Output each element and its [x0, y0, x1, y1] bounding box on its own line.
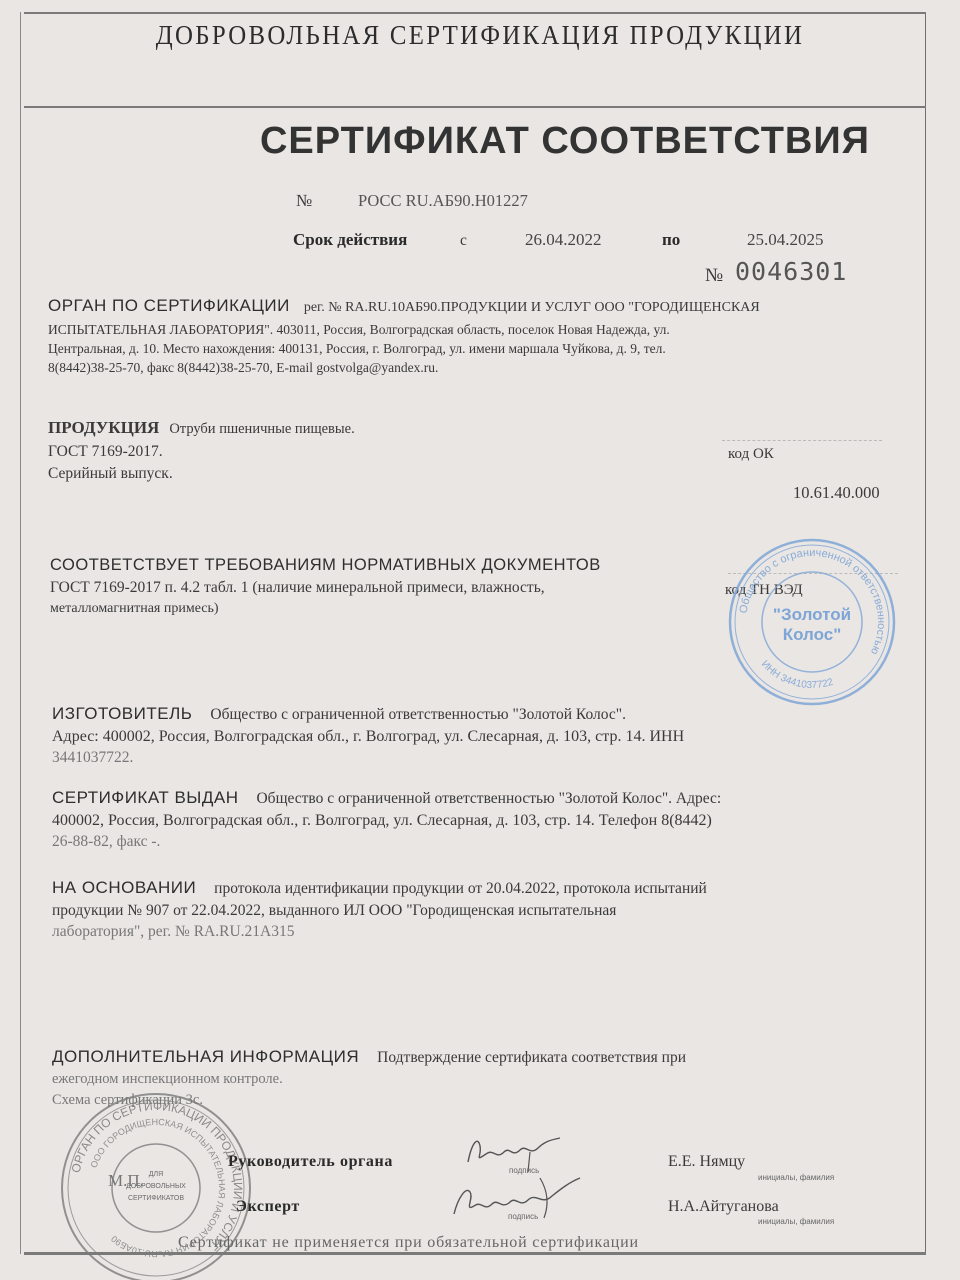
certificate-title: СЕРТИФИКАТ СООТВЕТСТВИЯ	[0, 120, 960, 163]
product-name: Отруби пшеничные пищевые.	[169, 421, 354, 437]
basis-line1: протокола идентификации продукции от 20.…	[214, 880, 707, 897]
issued-to-section: СЕРТИФИКАТ ВЫДАНОбщество с ограниченной …	[52, 787, 721, 853]
certification-body-line2: ИСПЫТАТЕЛЬНАЯ ЛАБОРАТОРИЯ". 403011, Росс…	[48, 320, 928, 339]
basis-label: НА ОСНОВАНИИ	[52, 878, 196, 897]
svg-text:"Золотой: "Золотой	[773, 605, 851, 624]
manufacturer-label: ИЗГОТОВИТЕЛЬ	[52, 704, 192, 723]
form-number: 0046301	[735, 257, 847, 286]
manufacturer-name: Общество с ограниченной ответственностью…	[210, 706, 626, 723]
expert-name-caption: инициалы, фамилия	[758, 1217, 834, 1226]
certification-body-line1: рег. № RA.RU.10АБ90.ПРОДУКЦИИ И УСЛУГ ОО…	[304, 300, 760, 315]
product-standard: ГОСТ 7169-2017.	[48, 441, 355, 463]
header-divider-line	[24, 106, 926, 108]
svg-text:ДЛЯ: ДЛЯ	[149, 1171, 163, 1178]
stamp-place-label: М.П.	[108, 1170, 144, 1191]
validity-from-label: с	[460, 230, 467, 251]
top-border-line	[24, 12, 926, 14]
issued-to-label: СЕРТИФИКАТ ВЫДАН	[52, 788, 238, 807]
issued-to-line3: 26-88-82, факс -.	[52, 831, 721, 853]
expert-label: Эксперт	[236, 1198, 300, 1216]
product-label: ПРОДУКЦИЯ	[48, 418, 159, 437]
manufacturer-inn: 3441037722.	[52, 747, 684, 769]
expert-name: Н.А.Айтуганова	[668, 1196, 779, 1217]
additional-info-line1: Подтверждение сертификата соответствия п…	[377, 1049, 686, 1066]
ok-code-line	[722, 440, 882, 442]
basis-line3: лаборатория", рег. № RA.RU.21А315	[52, 921, 707, 943]
company-seal-icon: Общество с ограниченной ответственностью…	[726, 536, 898, 708]
basis-line2: продукции № 907 от 22.04.2022, выданного…	[52, 900, 707, 922]
ok-code: 10.61.40.000	[793, 482, 880, 503]
manufacturer-section: ИЗГОТОВИТЕЛЬОбщество с ограниченной отве…	[52, 703, 684, 769]
head-name-caption: инициалы, фамилия	[758, 1173, 834, 1182]
voluntary-certification-heading: ДОБРОВОЛЬНАЯ СЕРТИФИКАЦИЯ ПРОДУКЦИИ	[38, 20, 921, 51]
conformity-line2: металломагнитная примесь)	[50, 598, 615, 620]
manufacturer-address: Адрес: 400002, Россия, Волгоградская обл…	[52, 726, 684, 748]
head-of-body-name: Е.Е. Нямцу	[668, 1151, 745, 1172]
conformity-section: СООТВЕТСТВУЕТ ТРЕБОВАНИЯМ НОРМАТИВНЫХ ДО…	[50, 555, 615, 620]
issued-to-line1: Общество с ограниченной ответственностью…	[256, 790, 721, 807]
svg-text:Колос": Колос"	[783, 625, 842, 644]
certification-body-line4: 8(8442)38-25-70, факс 8(8442)38-25-70, E…	[48, 358, 928, 377]
additional-info-label: ДОПОЛНИТЕЛЬНАЯ ИНФОРМАЦИЯ	[52, 1047, 359, 1066]
validity-label: Срок действия	[293, 230, 407, 250]
form-number-label: №	[705, 265, 723, 286]
conformity-label: СООТВЕТСТВУЕТ ТРЕБОВАНИЯМ НОРМАТИВНЫХ ДО…	[50, 555, 601, 577]
issued-to-line2: 400002, Россия, Волгоградская обл., г. В…	[52, 810, 721, 832]
product-section: ПРОДУКЦИЯОтруби пшеничные пищевые. ГОСТ …	[48, 417, 355, 485]
conformity-line1: ГОСТ 7169-2017 п. 4.2 табл. 1 (наличие м…	[50, 577, 615, 599]
additional-info-line2: ежегодном инспекционном контроле.	[52, 1069, 686, 1091]
validity-to-label: по	[662, 230, 680, 250]
registration-number: РОСС RU.АБ90.Н01227	[358, 190, 528, 211]
registration-number-label: №	[296, 190, 312, 211]
ok-code-label: код ОК	[728, 444, 774, 465]
product-release: Серийный выпуск.	[48, 463, 355, 485]
svg-text:СЕРТИФИКАТОВ: СЕРТИФИКАТОВ	[128, 1195, 184, 1202]
validity-to-date: 25.04.2025	[747, 229, 824, 250]
validity-from-date: 26.04.2022	[525, 229, 602, 250]
expert-signature-caption: подпись	[508, 1212, 538, 1221]
certification-body-line3: Центральная, д. 10. Место нахождения: 40…	[48, 339, 928, 358]
basis-section: НА ОСНОВАНИИпротокола идентификации прод…	[52, 877, 707, 943]
certification-body-label: ОРГАН ПО СЕРТИФИКАЦИИ	[48, 296, 290, 315]
certification-body-section: ОРГАН ПО СЕРТИФИКАЦИИрег. № RA.RU.10АБ90…	[48, 295, 928, 377]
head-of-body-label: Руководитель органа	[228, 1153, 393, 1171]
footer-note: Сертификат не применяется при обязательн…	[178, 1234, 639, 1252]
